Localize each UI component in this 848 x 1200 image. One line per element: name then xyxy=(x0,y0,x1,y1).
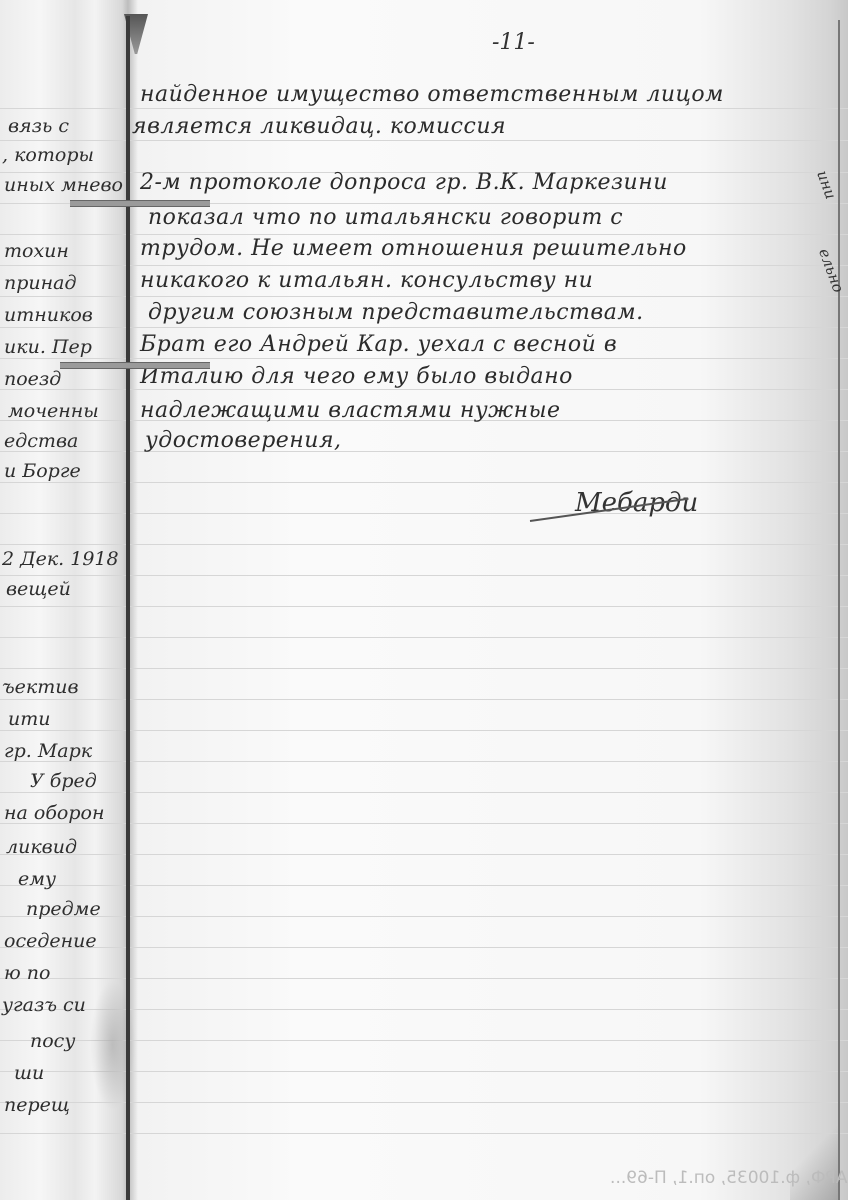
paper-strip xyxy=(70,200,210,207)
paper-strip xyxy=(60,362,210,369)
margin-line: посу xyxy=(30,1030,75,1052)
margin-line: вещей xyxy=(6,578,71,600)
document-page: -11- найденное имущество ответственным л… xyxy=(0,0,848,1200)
body-line: является ликвидац. комиссия xyxy=(132,114,506,139)
margin-line: итников xyxy=(4,304,93,326)
margin-line: ики. Пер xyxy=(4,336,92,358)
margin-line: ему xyxy=(18,868,56,890)
body-line: Брат его Андрей Кар. уехал с весной в xyxy=(140,332,617,357)
margin-line: предме xyxy=(26,898,101,920)
body-line: удостоверения, xyxy=(145,428,342,453)
body-line: никакого к итальян. консульству ни xyxy=(140,268,593,293)
margin-line: и Борге xyxy=(4,460,81,482)
margin-line: , которы xyxy=(2,144,94,166)
margin-line: перещ xyxy=(4,1094,70,1116)
body-line: найденное имущество ответственным лицом xyxy=(140,82,724,107)
body-line: надлежащими властями нужные xyxy=(140,398,561,423)
margin-line: ити xyxy=(8,708,51,730)
body-line: показал что по итальянски говорит с xyxy=(148,205,623,230)
margin-line: едства xyxy=(4,430,78,452)
margin-line: гр. Марк xyxy=(4,740,92,762)
signature: Мебарди xyxy=(575,488,698,518)
right-page-edge xyxy=(838,20,840,1200)
margin-line: ши xyxy=(14,1062,44,1084)
margin-line: поезд xyxy=(4,368,61,390)
margin-line: на оборон xyxy=(4,802,104,824)
body-line: 2-м протоколе допроса гр. В.К. Маркезини xyxy=(140,170,668,195)
margin-line: У бред xyxy=(30,770,97,792)
margin-line: оседение xyxy=(4,930,97,952)
body-line: другим союзным представительствам. xyxy=(148,300,644,325)
margin-line: угазъ си xyxy=(2,994,86,1016)
archive-stamp: ГАРФ, ф.10035, оп.1, П-69... xyxy=(610,1168,848,1188)
body-line: трудом. Не имеет отношения решительно xyxy=(140,236,687,261)
margin-line: принад xyxy=(4,272,77,294)
margin-line: ъектив xyxy=(2,676,79,698)
margin-line: моченны xyxy=(8,400,99,422)
corner-shadow xyxy=(790,1120,840,1200)
margin-line: 2 Дек. 1918 xyxy=(2,548,119,570)
page-number: -11- xyxy=(492,30,535,55)
margin-line: ликвид xyxy=(6,836,77,858)
margin-line: иных мнево xyxy=(4,174,123,196)
margin-line: ю по xyxy=(4,962,50,984)
margin-line: тохин xyxy=(4,240,69,262)
margin-insert-word-end: ельно xyxy=(815,246,847,295)
margin-insert-name-end: ини xyxy=(813,168,840,202)
page-fold-line xyxy=(126,16,130,1200)
margin-line: вязь с xyxy=(8,115,69,137)
